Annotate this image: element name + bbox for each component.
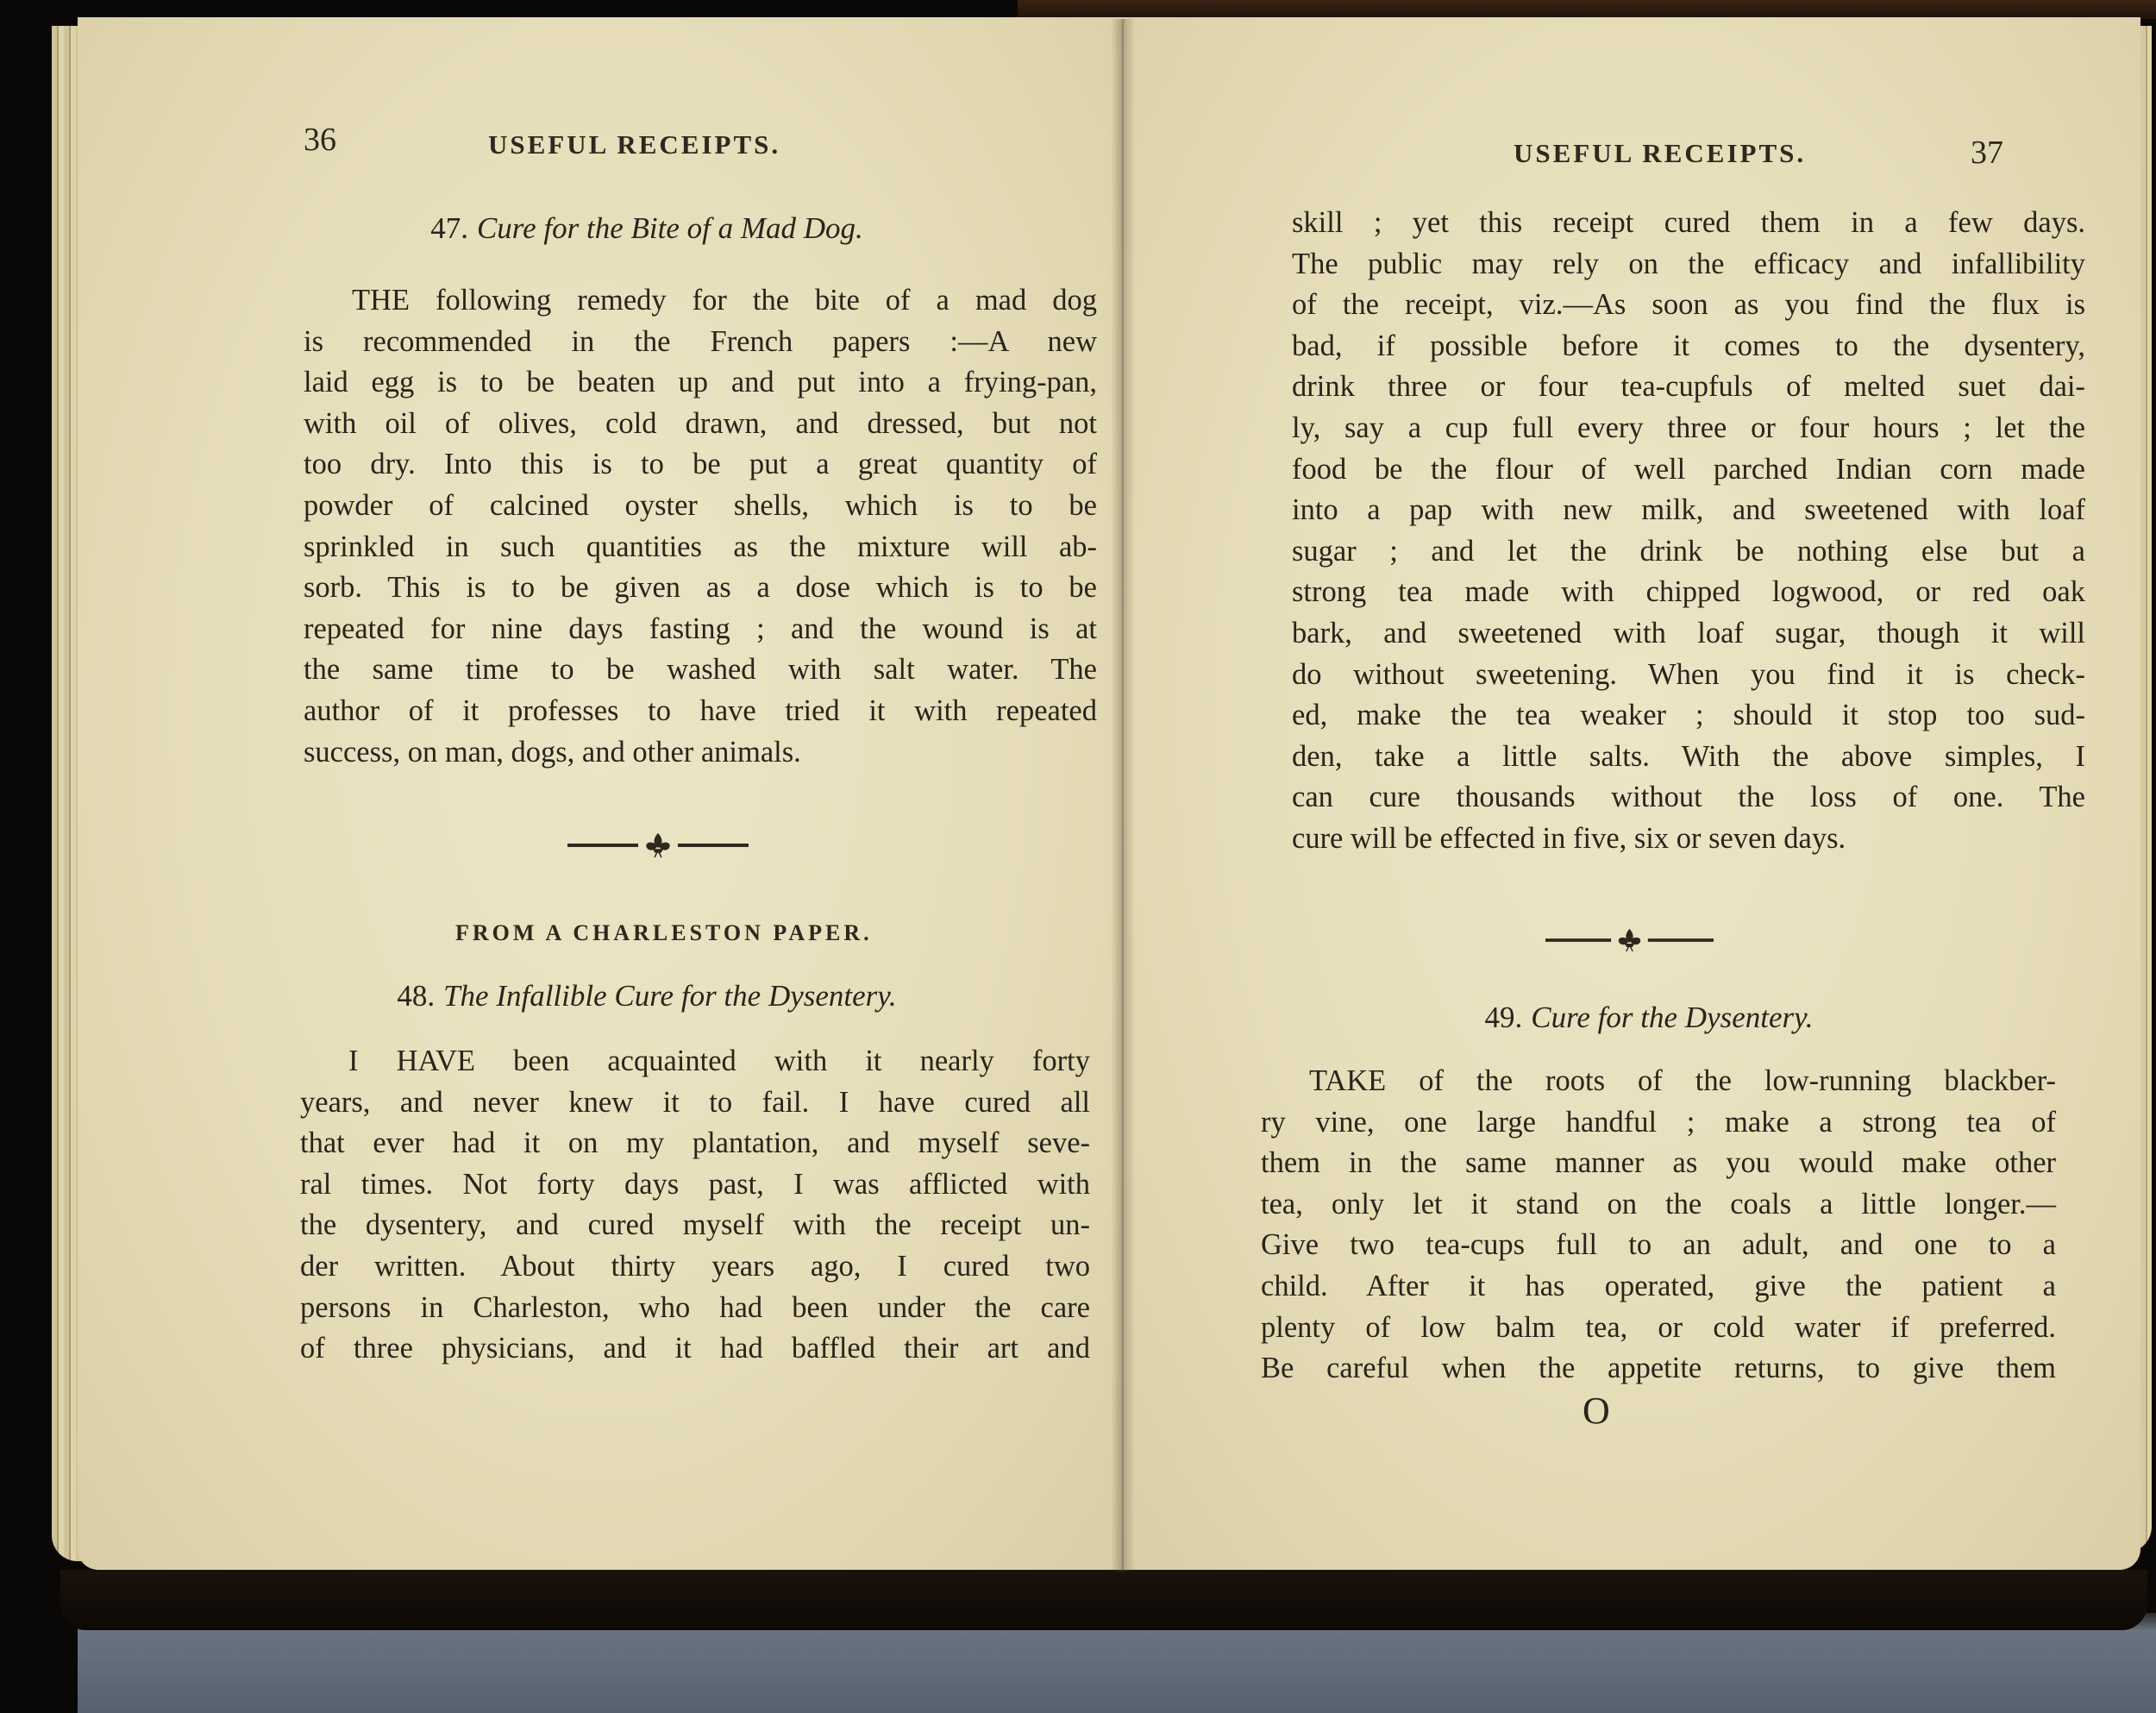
text-line: ly, say a cup full every three or four h… bbox=[1292, 408, 2085, 449]
source-heading: FROM A CHARLESTON PAPER. bbox=[455, 920, 873, 946]
text-line: that ever had it on my plantation, and m… bbox=[300, 1123, 1090, 1164]
text-line: into a pap with new milk, and sweetened … bbox=[1292, 490, 2085, 531]
text-line: of three physicians, and it had baffled … bbox=[300, 1328, 1090, 1370]
section-title-47: 47.Cure for the Bite of a Mad Dog. bbox=[285, 211, 1009, 246]
text-line: author of it professes to have tried it … bbox=[304, 691, 1097, 732]
text-line: of the receipt, viz.—As soon as you find… bbox=[1292, 285, 2085, 326]
text-line: strong tea made with chipped logwood, or… bbox=[1292, 572, 2085, 613]
page-number: 36 bbox=[304, 121, 336, 159]
section-heading: Cure for the Bite of a Mad Dog. bbox=[477, 211, 863, 245]
section-heading: The Infallible Cure for the Dysentery. bbox=[443, 979, 897, 1013]
section-48-body: I HAVE been acquainted with it nearly fo… bbox=[300, 1041, 1090, 1370]
text-line: ry vine, one large handful ; make a stro… bbox=[1261, 1102, 2056, 1144]
text-line: drink three or four tea-cupfuls of melte… bbox=[1292, 367, 2085, 408]
text-line: plenty of low balm tea, or cold water if… bbox=[1261, 1308, 2056, 1349]
section-number: 47. bbox=[430, 211, 468, 245]
text-line: skill ; yet this receipt cured them in a… bbox=[1292, 203, 2085, 244]
page-number: 37 bbox=[1971, 134, 2003, 172]
text-line: Be careful when the appetite returns, to… bbox=[1261, 1348, 2056, 1390]
text-line: tea, only let it stand on the coals a li… bbox=[1261, 1184, 2056, 1226]
text-line: bark, and sweetened with loaf sugar, tho… bbox=[1292, 613, 2085, 655]
text-line: persons in Charleston, who had been unde… bbox=[300, 1288, 1090, 1329]
text-line: der written. About thirty years ago, I c… bbox=[300, 1246, 1090, 1288]
section-number: 49. bbox=[1484, 1001, 1522, 1034]
text-line: TAKE of the roots of the low-running bla… bbox=[1261, 1061, 2056, 1102]
signature-mark: O bbox=[1583, 1389, 1610, 1433]
text-line: Give two tea-cups full to an adult, and … bbox=[1261, 1225, 2056, 1266]
text-line: THE following remedy for the bite of a m… bbox=[304, 280, 1097, 322]
text-line: sorb. This is to be given as a dose whic… bbox=[304, 568, 1097, 609]
text-line: the same time to be washed with salt wat… bbox=[304, 649, 1097, 691]
text-line: sugar ; and let the drink be nothing els… bbox=[1292, 531, 2085, 573]
text-line: can cure thousands without the loss of o… bbox=[1292, 777, 2085, 819]
text-line: too dry. Into this is to be put a great … bbox=[304, 444, 1097, 486]
text-line: do without sweetening. When you find it … bbox=[1292, 655, 2085, 696]
running-head: USEFUL RECEIPTS. bbox=[488, 129, 780, 160]
section-title-48: 48.The Infallible Cure for the Dysentery… bbox=[285, 979, 1009, 1013]
text-line: bad, if possible before it comes to the … bbox=[1292, 326, 2085, 367]
text-line: years, and never knew it to fail. I have… bbox=[300, 1082, 1090, 1124]
text-line: laid egg is to be beaten up and put into… bbox=[304, 362, 1097, 404]
fleur-de-lis-ornament bbox=[1545, 927, 1714, 953]
text-line: den, take a little salts. With the above… bbox=[1292, 737, 2085, 778]
continued-text: skill ; yet this receipt cured them in a… bbox=[1292, 203, 2085, 860]
running-head: USEFUL RECEIPTS. bbox=[1514, 138, 1806, 169]
text-line: repeated for nine days fasting ; and the… bbox=[304, 609, 1097, 650]
section-number: 48. bbox=[397, 979, 435, 1013]
text-line: cure will be effected in five, six or se… bbox=[1292, 819, 2085, 860]
section-heading: Cure for the Dysentery. bbox=[1531, 1001, 1813, 1034]
text-line: ral times. Not forty days past, I was af… bbox=[300, 1164, 1090, 1206]
book-cover-bottom-edge bbox=[60, 1570, 2147, 1630]
fleur-de-lis-ornament bbox=[567, 832, 749, 858]
text-line: I HAVE been acquainted with it nearly fo… bbox=[300, 1041, 1090, 1082]
left-page: 36 USEFUL RECEIPTS. 47.Cure for the Bite… bbox=[78, 17, 1123, 1570]
text-line: sprinkled in such quantities as the mixt… bbox=[304, 527, 1097, 568]
section-title-49: 49.Cure for the Dysentery. bbox=[1295, 1001, 2002, 1035]
book-gutter bbox=[1111, 19, 1135, 1572]
book-cover-top-edge bbox=[1018, 0, 2156, 19]
text-line: The public may rely on the efficacy and … bbox=[1292, 244, 2085, 285]
text-line: is recommended in the French papers :—A … bbox=[304, 322, 1097, 363]
text-line: them in the same manner as you would mak… bbox=[1261, 1143, 2056, 1184]
text-line: powder of calcined oyster shells, which … bbox=[304, 486, 1097, 527]
text-line: child. After it has operated, give the p… bbox=[1261, 1266, 2056, 1308]
section-47-body: THE following remedy for the bite of a m… bbox=[304, 280, 1097, 773]
text-line: success, on man, dogs, and other animals… bbox=[304, 732, 1097, 774]
text-line: the dysentery, and cured myself with the… bbox=[300, 1205, 1090, 1246]
section-49-body: TAKE of the roots of the low-running bla… bbox=[1261, 1061, 2056, 1390]
text-line: food be the flour of well parched Indian… bbox=[1292, 449, 2085, 491]
text-line: with oil of olives, cold drawn, and dres… bbox=[304, 404, 1097, 445]
right-page: USEFUL RECEIPTS. 37 skill ; yet this rec… bbox=[1123, 17, 2140, 1570]
text-line: ed, make the tea weaker ; should it stop… bbox=[1292, 695, 2085, 737]
